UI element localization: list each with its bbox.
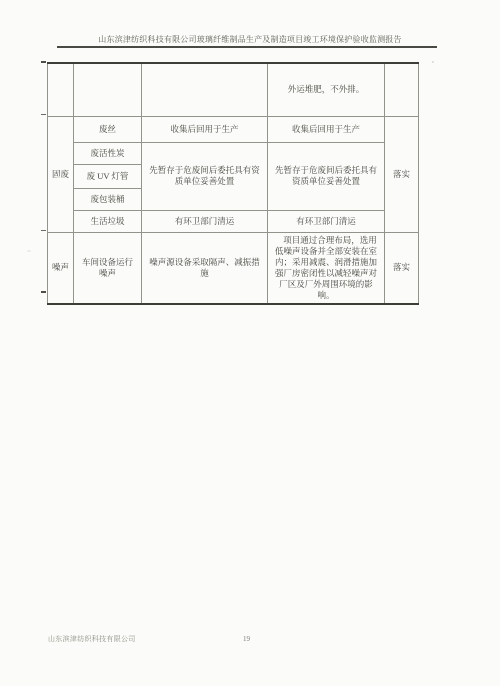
scan-speck (57, 176, 60, 178)
carryover-measure-required-cell-empty (142, 63, 268, 116)
table-row: 外运堆肥，不外排。 (48, 63, 419, 116)
waste-item-silk: 废丝 (74, 116, 142, 142)
waste-item-uv-lamp: 废 UV 灯管 (74, 164, 142, 188)
waste-item-domestic-garbage: 生活垃圾 (74, 210, 142, 232)
noise-source: 车间设备运行噪声 (74, 232, 142, 304)
category-noise: 噪声 (48, 232, 74, 304)
status-noise: 落实 (385, 232, 419, 304)
document-page: 山东滨津纺织科技有限公司玻璃纤维制品生产及制造项目竣工环境保护验收监测报告 外运… (0, 0, 500, 686)
carryover-item-cell-empty (74, 63, 142, 116)
scan-tick-mark (41, 230, 46, 231)
waste-item-packaging-barrel: 废包装桶 (74, 188, 142, 210)
carryover-measure-actual: 外运堆肥，不外排。 (268, 63, 385, 116)
scan-tick-mark (41, 114, 46, 115)
domestic-garbage-measure-required: 有环卫部门清运 (142, 210, 268, 232)
table-row: 噪声 车间设备运行噪声 噪声源设备采取隔声、减振措施 项目通过合理布局，选用低噪… (48, 232, 419, 304)
environmental-measures-table: 外运堆肥，不外排。 固废 废丝 收集后回用于生产 收集后回用于生产 落实 废活性… (47, 62, 419, 305)
header-rule (57, 46, 437, 48)
scan-edge-shading (0, 0, 7, 686)
scan-speck (27, 250, 31, 252)
carryover-status-cell-empty (385, 63, 419, 116)
page-header-title: 山东滨津纺织科技有限公司玻璃纤维制品生产及制造项目竣工环境保护验收监测报告 (0, 35, 500, 45)
footer-company-name: 山东滨津纺织科技有限公司 (48, 634, 136, 644)
status-solid-waste: 落实 (385, 116, 419, 232)
hazardous-waste-measure-actual: 先暂存于危废间后委托具有资质单位妥善处置 (268, 142, 385, 210)
category-solid-waste: 固废 (48, 116, 74, 232)
waste-silk-measure-actual: 收集后回用于生产 (268, 116, 385, 142)
scan-speck (432, 61, 434, 63)
noise-measure-required: 噪声源设备采取隔声、减振措施 (142, 232, 268, 304)
scan-tick-mark (41, 61, 46, 63)
hazardous-waste-measure-required: 先暂存于危废间后委托具有资质单位妥善处置 (142, 142, 268, 210)
carryover-category-cell-empty (48, 63, 74, 116)
table-row: 废活性炭 先暂存于危废间后委托具有资质单位妥善处置 先暂存于危废间后委托具有资质… (48, 142, 419, 164)
table-row: 固废 废丝 收集后回用于生产 收集后回用于生产 落实 (48, 116, 419, 142)
footer-page-number: 19 (243, 634, 250, 644)
domestic-garbage-measure-actual: 有环卫部门清运 (268, 210, 385, 232)
scan-tick-mark (41, 291, 46, 293)
waste-silk-measure-required: 收集后回用于生产 (142, 116, 268, 142)
noise-measure-actual: 项目通过合理布局，选用低噪声设备并全部安装在室内；采用减震、润滑措施加强厂房密闭… (268, 232, 385, 304)
waste-item-activated-carbon: 废活性炭 (74, 142, 142, 164)
table-row: 生活垃圾 有环卫部门清运 有环卫部门清运 (48, 210, 419, 232)
